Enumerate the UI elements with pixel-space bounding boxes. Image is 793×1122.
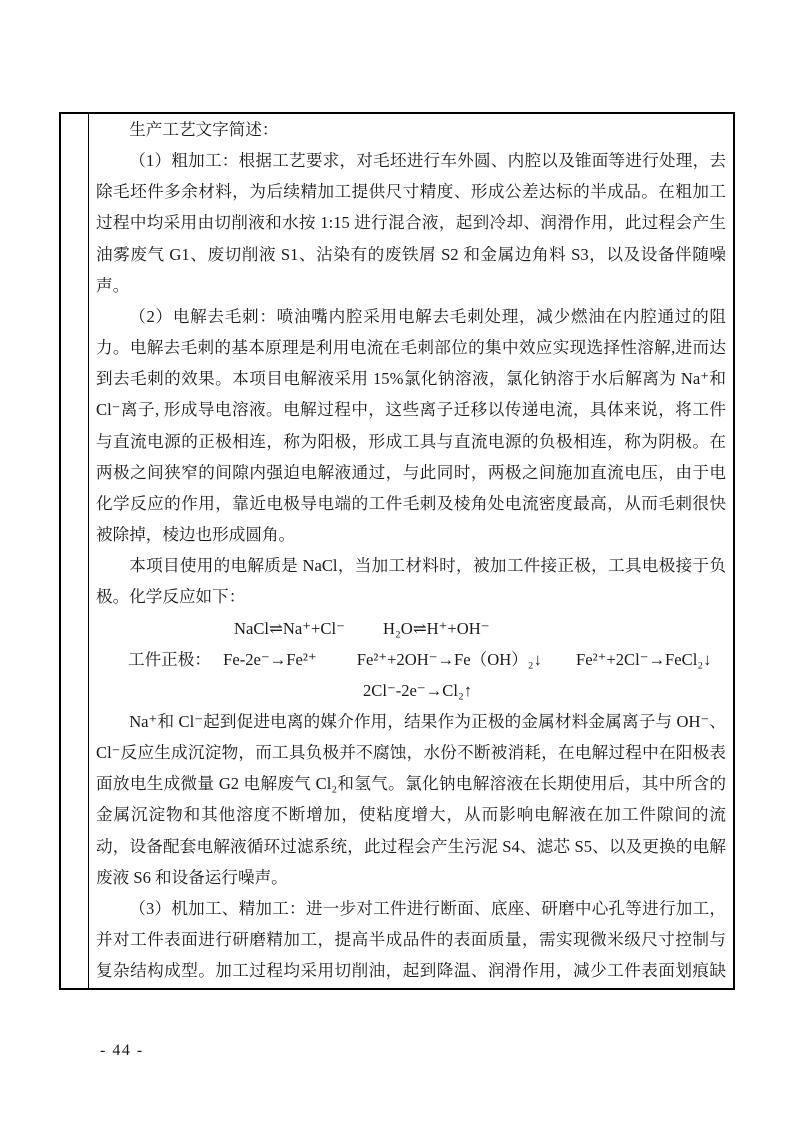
para-electrolytic-deburring: （2）电解去毛刺：喷油嘴内腔采用电解去毛刺处理，减少燃油在内腔通过的阻力。电解去… [96, 301, 726, 550]
formula-anode-label: 工件正极： [128, 644, 211, 675]
formula-iron-hydroxide: Fe²⁺+2OH⁻→Fe（OH）₂↓ [357, 644, 542, 675]
para-electrolyte-intro: 本项目使用的电解质是 NaCl，当加工材料时，被加工件接正极，工具电极接于负极。… [96, 550, 726, 612]
formula-iron-chloride: Fe²⁺+2Cl⁻→FeCl₂↓ [576, 644, 711, 675]
formula-chlorine-evolution: 2Cl⁻-2e⁻→Cl₂↑ [363, 675, 472, 706]
table-content-cell: 生产工艺文字简述： （1）粗加工：根据工艺要求，对毛坯进行车外圆、内腔以及锥面等… [89, 114, 733, 988]
document-page: 生产工艺文字简述： （1）粗加工：根据工艺要求，对毛坯进行车外圆、内腔以及锥面等… [0, 0, 793, 1122]
para-machining-finishing: （3）机加工、精加工：进一步对工件进行断面、底座、研磨中心孔等进行加工，并对工件… [96, 893, 726, 988]
page-number: - 44 - [100, 1042, 144, 1060]
process-description-table: 生产工艺文字简述： （1）粗加工：根据工艺要求，对毛坯进行车外圆、内腔以及锥面等… [59, 112, 735, 990]
para-ion-mechanism: Na⁺和 Cl⁻起到促进电离的媒介作用，结果作为正极的金属材料金属离子与 OH⁻… [96, 706, 726, 893]
table-row-label-column [61, 114, 89, 988]
para-rough-machining: （1）粗加工：根据工艺要求，对毛坯进行车外圆、内腔以及锥面等进行处理，去除毛坯件… [96, 145, 726, 301]
formula-iron-oxidation: Fe-2e⁻→Fe²⁺ [223, 644, 316, 675]
formula-row-dissociation: NaCl⇌Na⁺+Cl⁻ H₂O⇌H⁺+OH⁻ [96, 613, 726, 644]
formula-row-anode-reactions: 工件正极： Fe-2e⁻→Fe²⁺ Fe²⁺+2OH⁻→Fe（OH）₂↓ Fe²… [96, 644, 726, 675]
formula-water-dissociation: H₂O⇌H⁺+OH⁻ [383, 613, 489, 644]
section-heading: 生产工艺文字简述： [96, 114, 726, 145]
formula-row-chlorine: 2Cl⁻-2e⁻→Cl₂↑ [96, 675, 726, 706]
formula-nacl-dissociation: NaCl⇌Na⁺+Cl⁻ [234, 613, 345, 644]
